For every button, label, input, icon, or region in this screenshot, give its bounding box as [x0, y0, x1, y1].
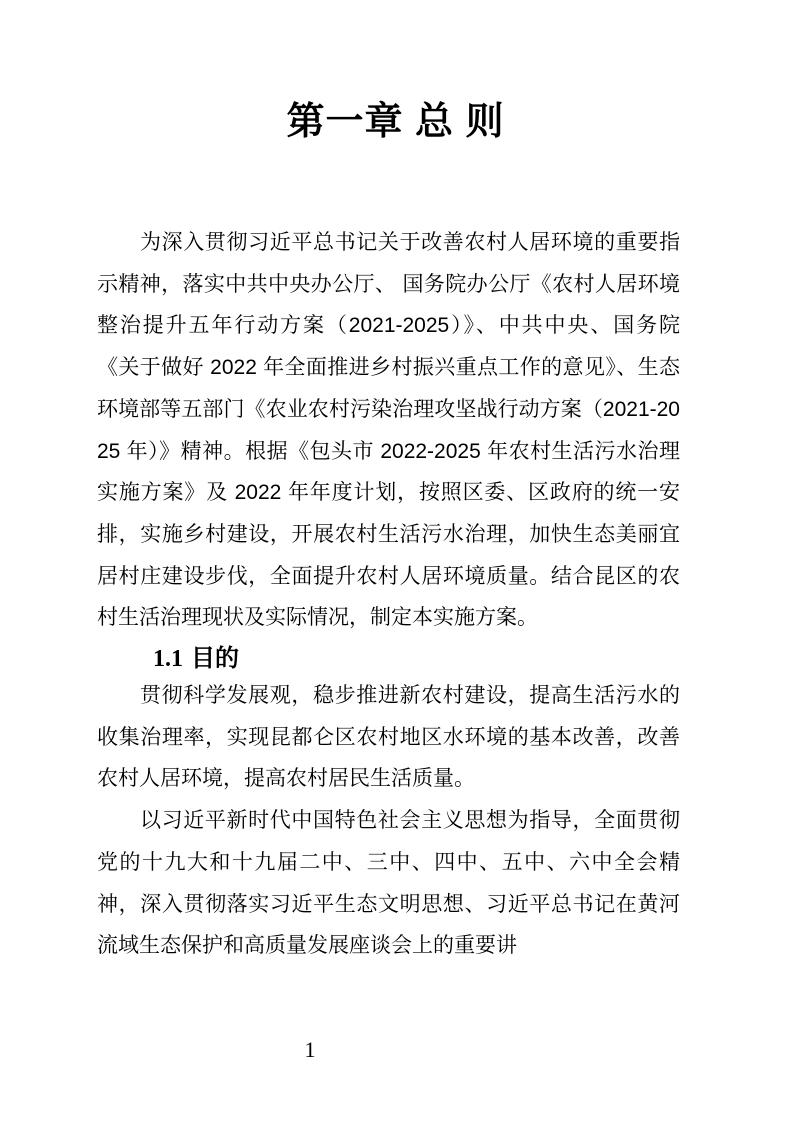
paragraph-guiding-ideology: 以习近平新时代中国特色社会主义思想为指导，全面贯彻党的十九大和十九届二中、三中、… — [97, 800, 680, 967]
section-label: 目的 — [191, 645, 239, 672]
section-heading-1-1: 1.1目的 — [97, 643, 680, 675]
paragraph-intro: 为深入贯彻习近平总书记关于改善农村人居环境的重要指示精神，落实中共中央办公厅、 … — [97, 222, 680, 639]
section-number: 1.1 — [153, 646, 183, 672]
chapter-title: 第一章 总 则 — [97, 97, 694, 147]
paragraph-purpose: 贯彻科学发展观，稳步推进新农村建设，提高生活污水的收集治理率，实现昆都仑区农村地… — [97, 675, 680, 800]
page-number: 1 — [305, 1037, 316, 1062]
page-footer: 1 — [0, 1039, 620, 1061]
document-page: 第一章 总 则 为深入贯彻习近平总书记关于改善农村人居环境的重要指示精神，落实中… — [0, 0, 793, 1122]
